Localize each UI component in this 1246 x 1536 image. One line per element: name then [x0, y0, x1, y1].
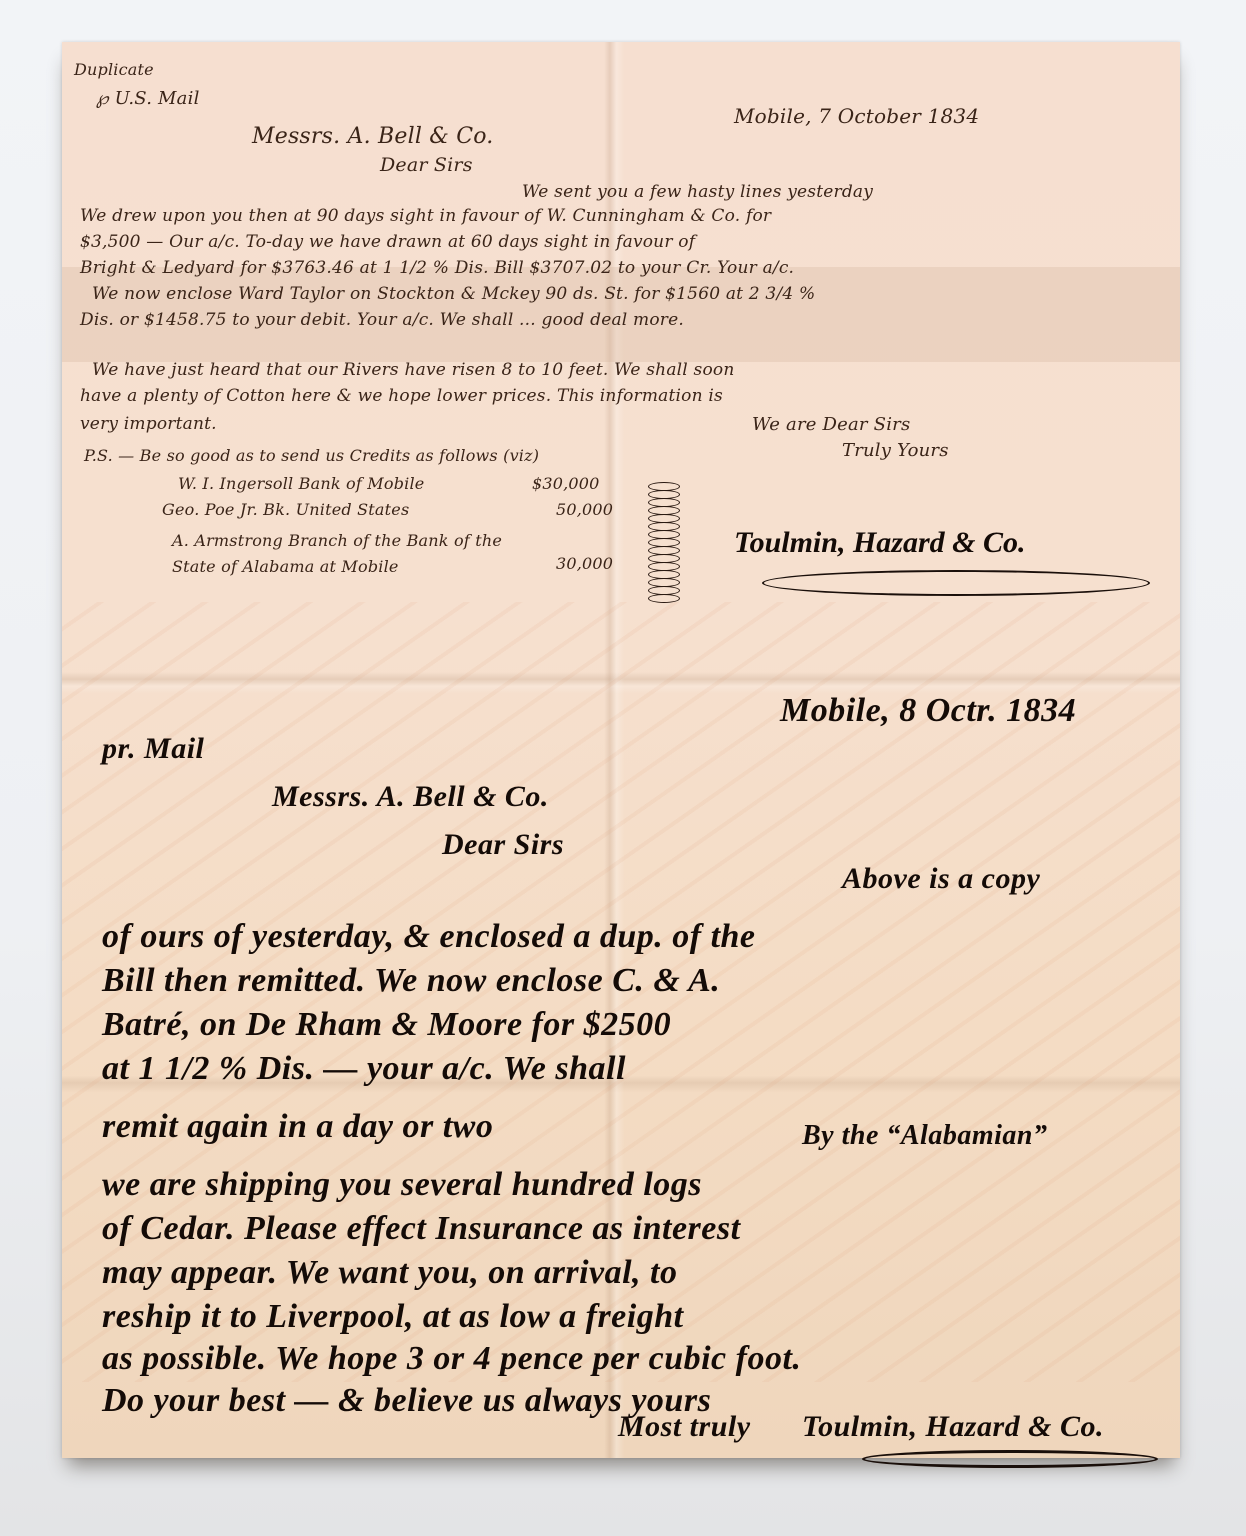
bracket-flourish [648, 482, 684, 602]
credit-amount: $30,000 [532, 474, 600, 493]
original-line: we are shipping you several hundred logs [102, 1166, 702, 1204]
original-signature-flourish [862, 1450, 1158, 1468]
original-addressee: Messrs. A. Bell & Co. [272, 780, 549, 814]
signature-flourish [762, 570, 1150, 596]
copy-line: We have just heard that our Rivers have … [92, 360, 734, 380]
duplicate-label: Duplicate [74, 60, 154, 79]
credit-name: W. I. Ingersoll Bank of Mobile [178, 474, 424, 493]
postscript-intro: P.S. — Be so good as to send us Credits … [84, 446, 539, 465]
copy-line: We now enclose Ward Taylor on Stockton &… [92, 284, 815, 304]
original-line: of Cedar. Please effect Insurance as int… [102, 1210, 741, 1248]
copy-closing: Truly Yours [842, 440, 949, 461]
copy-line: have a plenty of Cotton here & we hope l… [80, 386, 723, 406]
copy-line: Dis. or $1458.75 to your debit. Your a/c… [80, 310, 684, 330]
copy-addressee: Messrs. A. Bell & Co. [252, 124, 494, 149]
copy-salutation: Dear Sirs [380, 154, 473, 176]
copy-line: $3,500 — Our a/c. To-day we have drawn a… [80, 232, 695, 252]
original-line: Bill then remitted. We now enclose C. & … [102, 962, 720, 1000]
original-via: pr. Mail [102, 732, 204, 766]
credit-name: Geo. Poe Jr. Bk. United States [162, 500, 409, 519]
original-closing: Most truly [618, 1410, 751, 1444]
credit-name: A. Armstrong Branch of the Bank of the S… [172, 528, 542, 580]
letter-paper: Duplicate ℘ U.S. Mail Mobile, 7 October … [62, 42, 1180, 1458]
copy-line: We sent you a few hasty lines yesterday [522, 182, 873, 202]
copy-line: very important. [80, 414, 217, 434]
copy-signature: Toulmin, Hazard & Co. [734, 526, 1025, 560]
original-line: may appear. We want you, on arrival, to [102, 1254, 678, 1292]
credit-amount: 50,000 [556, 500, 613, 519]
copy-line: Bright & Ledyard for $3763.46 at 1 1/2 %… [80, 258, 794, 278]
copy-place-date: Mobile, 7 October 1834 [734, 104, 979, 128]
original-line: at 1 1/2 % Dis. — your a/c. We shall [102, 1050, 626, 1088]
original-line: By the “Alabamian” [802, 1120, 1047, 1152]
via-mail-label: ℘ U.S. Mail [96, 88, 200, 109]
original-line: Above is a copy [842, 862, 1040, 896]
original-place-date: Mobile, 8 Octr. 1834 [780, 692, 1076, 730]
copy-closing: We are Dear Sirs [752, 414, 910, 435]
original-salutation: Dear Sirs [442, 828, 564, 862]
copy-line: We drew upon you then at 90 days sight i… [80, 206, 771, 226]
credit-amount: 30,000 [556, 554, 613, 573]
original-line: of ours of yesterday, & enclosed a dup. … [102, 918, 756, 956]
original-line: as possible. We hope 3 or 4 pence per cu… [102, 1340, 801, 1378]
original-signature: Toulmin, Hazard & Co. [802, 1410, 1104, 1444]
original-line: Batré, on De Rham & Moore for $2500 [102, 1006, 671, 1044]
original-line: reship it to Liverpool, at as low a frei… [102, 1298, 684, 1336]
original-line: remit again in a day or two [102, 1108, 493, 1146]
